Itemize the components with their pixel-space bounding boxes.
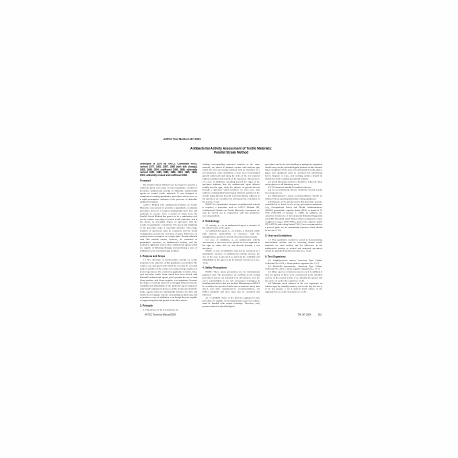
footer-method-label: TM 147-2004: [298, 314, 311, 316]
column-2: cluding corresponding untreated controls…: [203, 163, 260, 313]
heading-purpose-and-scope: 1. Purpose and Scope: [140, 255, 197, 258]
heading-terminology: 3. Terminology: [203, 220, 260, 223]
footer-manual-label: AATCC Technical Manual/2005: [145, 314, 176, 316]
paragraph: 2.1 Specimens of the test material, in-: [140, 308, 197, 311]
paragraph: 1.1 The detection of bacteriostatic acti…: [140, 259, 197, 302]
document-title: Antibacterial Activity Assessment of Tex…: [140, 147, 322, 155]
paragraph: 4.1 CAUTION: Some of the bacteria employ…: [203, 296, 260, 307]
heading-foreword: Foreword: [140, 180, 197, 183]
paragraph-continuation: procedures and in the safe handling of p…: [265, 163, 322, 180]
page-footer: AATCC Technical Manual/2005 TM 147-2004 …: [140, 314, 322, 316]
paragraph-note: NOTE: A zone of inhibition must not be c…: [203, 250, 260, 264]
column-3: procedures and in the safe handling of p…: [265, 163, 322, 313]
paragraph-continuation: cluding corresponding untreated controls…: [203, 163, 260, 203]
paragraph: 3.3 zone of inhibition, n.—in antibacter…: [203, 238, 260, 249]
paragraph-note: NOTE: If a quantitative measure of antib…: [203, 203, 260, 217]
title-line-2: Parallel Streak Method: [140, 150, 322, 154]
paragraph: AATCC Method 100, Antibacterial Finishes…: [140, 204, 197, 253]
heading-test-organisms: 6. Test Organisms: [265, 255, 322, 258]
footer-page-number: 261: [318, 314, 322, 316]
paragraph: The Parallel Streak Method was developed…: [140, 184, 197, 204]
paragraph: 6.3 Other species of bacteria may be use…: [265, 271, 322, 282]
revision-history: Developed in 1976 by AATCC Committee RA3…: [140, 163, 197, 177]
running-head: AATCC Test Method 147-2004: [163, 138, 200, 141]
heading-principle: 2. Principle: [140, 304, 197, 307]
paragraph: 5.1 This qualitative method is useful in…: [265, 238, 322, 252]
column-1: Developed in 1976 by AATCC Committee RA3…: [140, 163, 197, 313]
paragraph: 4.6 Exposure to chemicals used in this p…: [265, 200, 322, 232]
heading-uses-and-limitations: 5. Uses and Limitations: [265, 234, 322, 237]
paragraph: 3.2 antibacterial agent, n.—in textiles,…: [203, 230, 260, 239]
heading-safety-precautions: 4. Safety Precautions: [203, 267, 260, 270]
paragraph-note: NOTE: These safety precautions are for i…: [203, 271, 260, 297]
paragraph: 6.4 Maintain stock cultures of the test …: [265, 282, 322, 293]
text-columns: Developed in 1976 by AATCC Committee RA3…: [140, 163, 322, 313]
document-page: AATCC Test Method 147-2004 Antibacterial…: [140, 136, 322, 318]
